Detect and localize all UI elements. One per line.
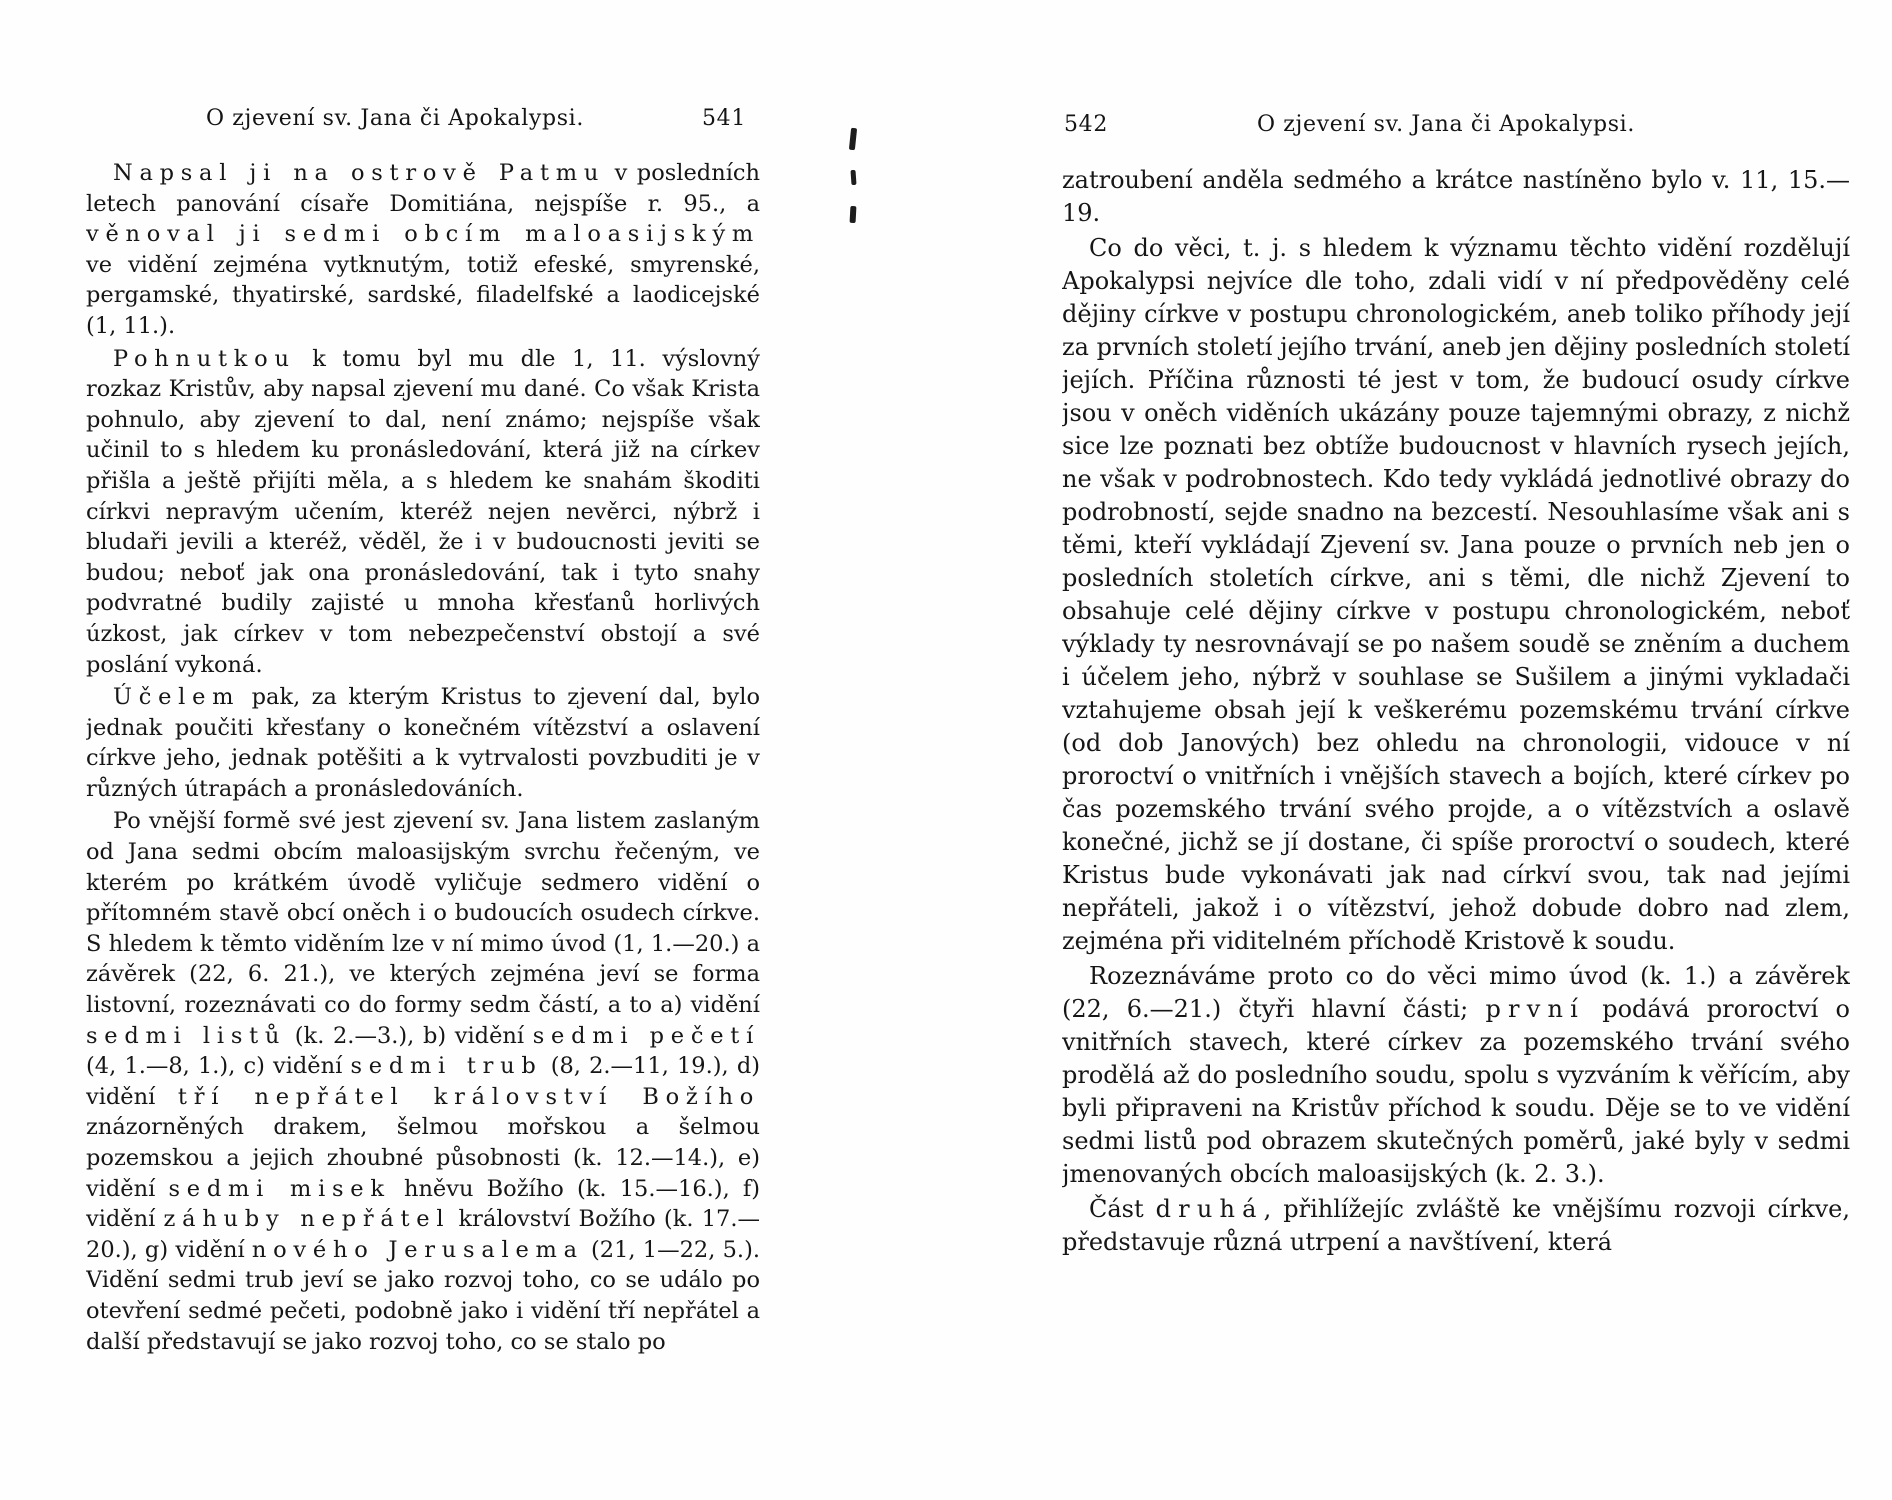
paragraph: Co do věci, t. j. s hledem k významu těc…	[1062, 232, 1850, 958]
body-text: (4, 1.—8, 1.), c) vidění	[86, 1053, 350, 1079]
body-text: Co do věci, t. j. s hledem k významu těc…	[1062, 234, 1850, 955]
paragraph: Rozeznáváme proto co do věci mimo úvod (…	[1062, 960, 1850, 1191]
spaced-emphasis-text: sedmi trub	[350, 1053, 542, 1079]
text-column: Napsal ji na ostrově Patmu v posledních …	[86, 158, 760, 1357]
spaced-emphasis-text: záhuby nepřátel	[164, 1206, 451, 1232]
spaced-emphasis-text: sedmi misek	[169, 1176, 391, 1202]
body-text: zatroubení anděla sedmého a krátce nastí…	[1062, 166, 1850, 227]
running-title: O zjevení sv. Jana či Apokalypsi.	[1257, 112, 1635, 137]
body-text: Část	[1089, 1195, 1156, 1223]
spaced-emphasis-text: druhá	[1156, 1195, 1264, 1223]
page-542: 542 O zjevení sv. Jana či Apokalypsi. za…	[1062, 112, 1850, 1494]
text-column: zatroubení anděla sedmého a krátce nastí…	[1062, 164, 1850, 1259]
paragraph: Po vnější formě své jest zjevení sv. Jan…	[86, 806, 760, 1357]
scan-artifact	[850, 170, 856, 185]
spaced-emphasis-text: tří nepřátel království Božího	[178, 1084, 760, 1110]
running-title: O zjevení sv. Jana či Apokalypsi.	[206, 106, 584, 131]
body-text: podává proroctví o vnitřních stavech, kt…	[1062, 995, 1850, 1188]
paragraph: zatroubení anděla sedmého a krátce nastí…	[1062, 164, 1850, 230]
page-header: O zjevení sv. Jana či Apokalypsi. 541	[86, 106, 760, 131]
book-scan: O zjevení sv. Jana či Apokalypsi. 541 Na…	[0, 0, 1892, 1500]
page-header: 542 O zjevení sv. Jana či Apokalypsi.	[1062, 112, 1850, 137]
spaced-emphasis-text: sedmi listů	[86, 1023, 286, 1049]
spaced-emphasis-text: první	[1485, 995, 1585, 1023]
spaced-emphasis-text: Pohnutkou	[113, 346, 296, 372]
scan-artifact	[849, 128, 857, 151]
spaced-emphasis-text: nového Jerusalema	[252, 1237, 584, 1263]
paragraph: Účelem pak, za kterým Kristus to zjevení…	[86, 682, 760, 804]
scan-artifact	[850, 206, 857, 223]
spaced-emphasis-text: Účelem	[113, 684, 240, 710]
paragraph: Napsal ji na ostrově Patmu v posledních …	[86, 158, 760, 342]
spaced-emphasis-text: věnoval ji sedmi obcím maloasijským	[86, 221, 760, 247]
body-text: (k. 2.—3.), b) vidění	[286, 1023, 533, 1049]
page-number: 541	[702, 106, 746, 131]
spaced-emphasis-text: Napsal ji na ostrově Patmu	[113, 160, 605, 186]
body-text: ve vidění zejména vytknutým, totiž efesk…	[86, 252, 760, 339]
body-text: k tomu byl mu dle 1, 11. výslovný rozkaz…	[86, 346, 760, 678]
page-541: O zjevení sv. Jana či Apokalypsi. 541 Na…	[86, 106, 760, 1451]
spaced-emphasis-text: sedmi pečetí	[533, 1023, 760, 1049]
page-number: 542	[1064, 112, 1108, 137]
body-text: Po vnější formě své jest zjevení sv. Jan…	[86, 808, 760, 1018]
paragraph: Část druhá, přihlížejíc zvláště ke vnějš…	[1062, 1193, 1850, 1259]
paragraph: Pohnutkou k tomu byl mu dle 1, 11. výslo…	[86, 344, 760, 681]
